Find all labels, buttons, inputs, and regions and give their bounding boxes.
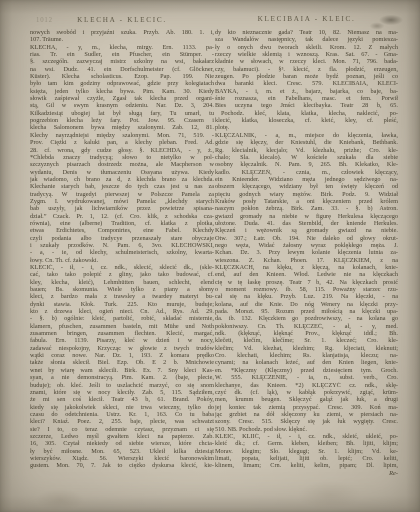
text-line: Otw. 307.; Łatr. Ob. 194. Nie daleko od … xyxy=(215,235,398,242)
text-line: czyli podania albo tradycye przenaszały … xyxy=(30,235,214,242)
text-line: naszym pokłon żebrzą. Birk. Zam. 33. - §… xyxy=(215,205,398,212)
text-line: Zygm. I. wydrukowanej, mówi Pamela: „kle… xyxy=(30,198,214,205)
text-line: kleci, z bardzo mała z trawsley a twarde… xyxy=(30,293,214,300)
text-line: dwa baranki kleci. Cresc. 579. KLECIBAIA… xyxy=(215,80,398,87)
text-line: klechanye, das Knieen. *2) KLĘCZYĆ cz. n… xyxy=(215,382,398,389)
text-line: osobny klęczalnik. N. Pam. 9, 265. Bh. K… xyxy=(215,161,398,168)
text-line: W. 555. KLĘCZENIE, - ia, n., subst. verb… xyxy=(215,374,398,381)
text-line: Küster). Klecha scholasticus. Ezop. Pap.… xyxy=(30,73,214,80)
text-line: słowik zaśpiewał czyżle, Zgasł tak klech… xyxy=(30,95,214,102)
text-line: 16, 305. Czytał niekiedy od siebie wiers… xyxy=(30,440,214,447)
text-line: sza Wandalów następnicy, tak dalece języ… xyxy=(215,36,398,43)
text-line: fabula. Ern. 1139. Pisarzy, kleć w dzień… xyxy=(30,337,214,344)
text-line: także słonia sklecił. Biel. Ezp. Ob. E 2… xyxy=(30,359,214,366)
text-line: klecha Salomonem bywa między szalonymi. … xyxy=(30,124,214,131)
text-line: pada. Morszt. 95. Rozum przed miłością n… xyxy=(215,308,398,315)
text-line: bauen; Bs. skomunia. Wiele tylko z piany… xyxy=(30,286,214,293)
text-line: ły być miłosne. Mon. 65, 523. Ukleił kil… xyxy=(30,448,214,455)
text-line: tradycyą. W tragedyi pierwszej w Polszcz… xyxy=(30,191,214,198)
text-line: jąc grzbiet na dół sklęczony ku ziemi, w… xyxy=(215,411,398,418)
text-line: §. szczególn. zazwyczaj mistrz szkolny n… xyxy=(30,58,214,65)
text-line: 107. Träume. xyxy=(30,36,214,43)
text-line: Morav. klegim; Slo. klegugi; Sr. 1. klij… xyxy=(215,448,398,455)
text-line: wydaniu, Denis w tłumaczeniu Ossyana uży… xyxy=(30,169,214,176)
text-line: Kchan. Dz. 3. Przy lewym kolanie klęczen… xyxy=(215,249,398,256)
text-line: chalo; Sla. klecalo). W kościele szukała… xyxy=(215,154,398,161)
text-line: ułożone. Duda. 41. das Sternbild, der kn… xyxy=(215,220,398,227)
dictionary-paragraph: KLECIĆ, - ił, - i, cz. ndk., sklecić, sk… xyxy=(30,264,214,470)
text-line: klecić, klatka, kloseczka, cf. kleić, kl… xyxy=(215,117,398,124)
text-line: Kilkadziesiąt ubogiej lat był sługą fary… xyxy=(30,110,214,117)
text-line: na wsi. Dudz. 41. ein Dorfschulmeister (… xyxy=(30,66,214,73)
text-line: 510. NB. Pochodz. pod słow. klęknć. xyxy=(215,426,398,433)
text-line: en. *Klęczmy (Klęczmy) przed dziesięciem… xyxy=(215,367,398,374)
text-line: że mi sen coś klecił. Teatr 43 b, 61. Br… xyxy=(30,396,214,403)
text-line: rias. Tr. ein Sudler, ein Pfuscher, ein … xyxy=(30,51,214,58)
text-line: KLECHA, - y, m., klecha, mirgy. Ern. 113… xyxy=(30,44,214,51)
dictionary-paragraph: nowych swobód i przyjaźni szuka. Przyb. … xyxy=(30,29,214,44)
text-line: cać, tako tako polepić z gliny, jako tak… xyxy=(30,271,214,278)
text-line: sie? I to, co teraz odemnie czytasz, prz… xyxy=(30,426,214,433)
running-head-left: KLECHA - KLECIC. xyxy=(30,16,214,24)
text-line: kleić dk.; cf. Germ. kleben, kleiben; Bh… xyxy=(215,440,398,447)
text-line: - §. b) ogólnie: kleić, partolić, robić,… xyxy=(30,315,214,322)
text-line: jej koniec tak ziemią przysypać. Cresc. … xyxy=(215,404,398,411)
catchword: Re- xyxy=(215,470,398,477)
text-line: pogrzebion klecha leży fary. Pot. Jow. 9… xyxy=(30,117,214,124)
dictionary-paragraph: KLĘCZALNIK, - a, m., miejsce do klęczeni… xyxy=(215,132,398,433)
text-line: czasu do odetchnienia. Ustrz. Kr. 1, 163… xyxy=(30,411,214,418)
text-line: było tam kim godziny odprawować, gdzie p… xyxy=(30,80,214,87)
text-line: ły o onych dwu tworach skleili. Krom. 12… xyxy=(215,44,398,51)
dictionary-paragraph: dy kto nieznacznie gada? Teatr 10, 82. N… xyxy=(215,29,398,110)
text-line: zadawać niespokojny, Krzycząc w głowie z… xyxy=(30,345,214,352)
text-line: kadlo. KLĘCZEŃ, - cznia, m., człowiek kl… xyxy=(215,169,398,176)
text-line: wnet by wiarę wam sklecili. Birk. Ex. 7.… xyxy=(30,367,214,374)
text-line: wątki coraz nowe. Nar. Dz. 1, 193. Z kom… xyxy=(30,352,214,359)
text-line: szony. Cresc. 515. Sklęczy się jak łuk w… xyxy=(215,418,398,425)
text-line: ndk. (klęknąć, klęknąć Prov., klęknąć id… xyxy=(215,330,398,337)
text-line: *Chlebda znaczy tradycyą; słowo to niety… xyxy=(30,154,214,161)
text-line: wierszyków. Xiądz. 56. Wierszyki klecić … xyxy=(30,455,214,462)
text-line: - a, - ie, od klechy, schulmeisterisch, … xyxy=(30,249,214,256)
dictionary-paragraph: KLEIC, KLIIĆ, - ił, - i, cz. ndk., sklei… xyxy=(215,433,398,470)
text-line: limati, popata, kelijati, lijiti ob. lep… xyxy=(215,455,398,462)
text-line: da. ib. 132. Klęczkiem go pozdrowiwszy, … xyxy=(215,315,398,322)
text-line: cię w tę łaskę proszę. Teatr 7 b, 42. Na… xyxy=(215,279,398,286)
text-line: plotę. xyxy=(215,124,398,131)
text-line: kładnie w słowach, w rzeczy kleci. Mon. … xyxy=(215,58,398,65)
text-line: pokłoniwszy. Cn. Th. KLĘCZEĆ, - ał, - y,… xyxy=(215,323,398,330)
text-line: Klechy nayrządniejsi między szalonymi. M… xyxy=(30,132,214,139)
text-line: dy kto nieznacznie gada? Teatr 10, 82. N… xyxy=(215,29,398,36)
text-line: czy, bałamuci). - §³. klecić, z fla. pło… xyxy=(215,66,398,73)
text-line: Pochodz. kleć, klata, klatka, klecha, na… xyxy=(215,110,398,117)
text-line: równia), eine (alberne) Tradition, cf. k… xyxy=(30,220,214,227)
text-line: nego węża, Widać żałosny wyraz poklękłeg… xyxy=(215,242,398,249)
text-line: 28. cf. wrona, gdy cudze głosy. §. KLECH… xyxy=(30,147,214,154)
text-line: Bies uczyna tego Jmści klecibayka. Teatr… xyxy=(215,102,398,109)
text-line: szczyznych pisarzach dostrzedz można, al… xyxy=(30,161,214,168)
text-line: dynki stawia. Kłok. Turk. 225. Kto muruj… xyxy=(30,301,214,308)
text-line: rzeczy wielkie sklemią i wznoszą. Kras. … xyxy=(215,51,398,58)
text-line: klečim; Vd. klezhat, klezhim; Rg. kljeci… xyxy=(215,345,398,352)
text-line: Cro. klechati, klechim; Rs. klanjatisja,… xyxy=(215,352,398,359)
text-line: kolana, auf die Knie. Do nóg Wenery na k… xyxy=(215,301,398,308)
text-line: syan, a nie demonstracyą. Pim. Kam. 2. (… xyxy=(30,374,214,381)
text-line: wieszona. Z. Kchan. Phoen. 17. KLĘCZKIEM… xyxy=(215,257,398,264)
text-line: szczerze, Ledwo myśl gwałtem kleci na pa… xyxy=(30,433,214,440)
text-line: klamern, pfuschen, zusammen basteln, mit… xyxy=(30,323,214,330)
text-line: księża, jeden tylko klecha bywa. Pim. Ka… xyxy=(30,88,214,95)
dictionary-paragraph: Pochodz. kleć, klata, klatka, klecha, na… xyxy=(215,110,398,132)
text-line: gdzie się klęczy, der Kniestuhl, die Kni… xyxy=(215,139,398,146)
text-line: Kraków posły Tatarskie, a oni klęczeniem… xyxy=(215,198,398,205)
text-line: ein Knieender. Widziano męża jednego sęd… xyxy=(215,176,398,183)
text-line: Prov. Ciężki z kaluki pan, a klechy pleb… xyxy=(30,139,214,146)
text-line: zeugen. Po płodzie baran może bydź pozna… xyxy=(215,73,398,80)
dictionary-paragraph: KLECHA, - y, m., klecha, mirgy. Ern. 113… xyxy=(30,44,214,264)
text-line: Rg. klecialnik, klecjalo; Vd. klezhalu, … xyxy=(215,147,398,154)
text-line: end, auf den Knieen. Włod. Ledwie nie na… xyxy=(215,271,398,278)
text-line: Klechanie starych bab, jeszcze do tych c… xyxy=(30,183,214,190)
text-line: bab uszyły, jak lichwiarników przez powi… xyxy=(30,205,214,212)
text-line: kley, klecha, kleić), Lehmhütten bauen, … xyxy=(30,279,214,286)
text-line: gustem. Mon. 70, 7. Jak to ciężko dyskur… xyxy=(30,462,214,469)
text-line: o moment rozmowy. ib. 58, 115. Poważny s… xyxy=(215,286,398,293)
text-line: śnie roznasza, ein Fabelhans, masc. et f… xyxy=(215,95,398,102)
text-line: znami, które się w nocy kleciły. Zab. 5,… xyxy=(30,389,214,396)
text-line: KLĘCZALNIK, - a, m., miejsce do klęczeni… xyxy=(215,132,398,139)
text-line: BAYKA, - i, m. et ż., bajarz, bajarka, c… xyxy=(215,88,398,95)
text-line: gwiazd gromady na niebie w figurę Herkul… xyxy=(215,213,398,220)
dictionary-column-left: nowych swobód i przyjaźni szuka. Przyb. … xyxy=(30,29,214,470)
text-line: jak wiadomo, ch brano za d, z klechda br… xyxy=(30,176,214,183)
text-line: cał się na klęku. Przyb. Luz. 219. Na kl… xyxy=(215,293,398,300)
text-line: zusammen bringen, zusammen flechten. Kle… xyxy=(30,330,214,337)
text-line: łowy. Cn. Th. cf. żakowski. xyxy=(30,257,214,264)
text-line: KLEIC, KLIIĆ, - ił, - i, cz. ndk., sklei… xyxy=(215,433,398,440)
text-line: klinem, limam; Crn. keliti, kelim, pipam… xyxy=(215,462,398,469)
text-line: etwas Erdichtetes, Componirtes, eine Fab… xyxy=(30,227,214,234)
scanned-dictionary-page: 1012 KLECHA - KLECIC. KLECIBAIA - KLEIC.… xyxy=(0,0,420,512)
text-line: klečeti, klečím, klečíme; Sr. 1. kleczeć… xyxy=(215,337,398,344)
text-line: men, krumm beugen. Sklęczyć gałąź jak łu… xyxy=(215,396,398,403)
text-line: cynami; na kolanach leżeć, auf den Knien… xyxy=(215,359,398,366)
text-line: pięciu godnych wiary mężów. Birk. Podz. … xyxy=(215,191,398,198)
text-line: KLĘCZKACH, na klęku, z klęczą, na kolana… xyxy=(215,264,398,271)
text-line: buduje); ob. kleć. Jeśli to uszlachcić m… xyxy=(30,382,214,389)
running-head-right: KLECIBAIA - KLEIC. xyxy=(215,15,398,23)
text-line: nowych swobód i przyjaźni szuka. Przyb. … xyxy=(30,29,214,36)
text-line: dział.” Czack. Pr. 1, 12. (cf. Cro. klik… xyxy=(30,213,214,220)
text-line: czyć dk. (cf. ląk), w kabłąk pokrzywić, … xyxy=(215,389,398,396)
text-line: i szukały przodków. N. Pam. 6, 3vo. KLEC… xyxy=(30,242,214,249)
text-line: kiedy się jakokolwiek skleci, nie trwa w… xyxy=(30,404,214,411)
text-line: KLECIĆ, - ił, - i, cz. ndk., sklecić, sk… xyxy=(30,264,214,271)
text-line: stą, Gil w swym krasnym odzieniu. Nar. D… xyxy=(30,102,214,109)
text-line: obszern klęczącego, widziany był ten świ… xyxy=(215,183,398,190)
dictionary-column-right: dy kto nieznacznie gada? Teatr 10, 82. N… xyxy=(215,29,398,470)
text-line: kleci? Kniaź. Poez. 2, 255. baje, plecie… xyxy=(30,418,214,425)
text-line: Klęczeń i wężownik są gromady gwiazd na … xyxy=(215,227,398,234)
text-line: kto z drzewa kleci, ogień nieci. Cn. Ad.… xyxy=(30,308,214,315)
